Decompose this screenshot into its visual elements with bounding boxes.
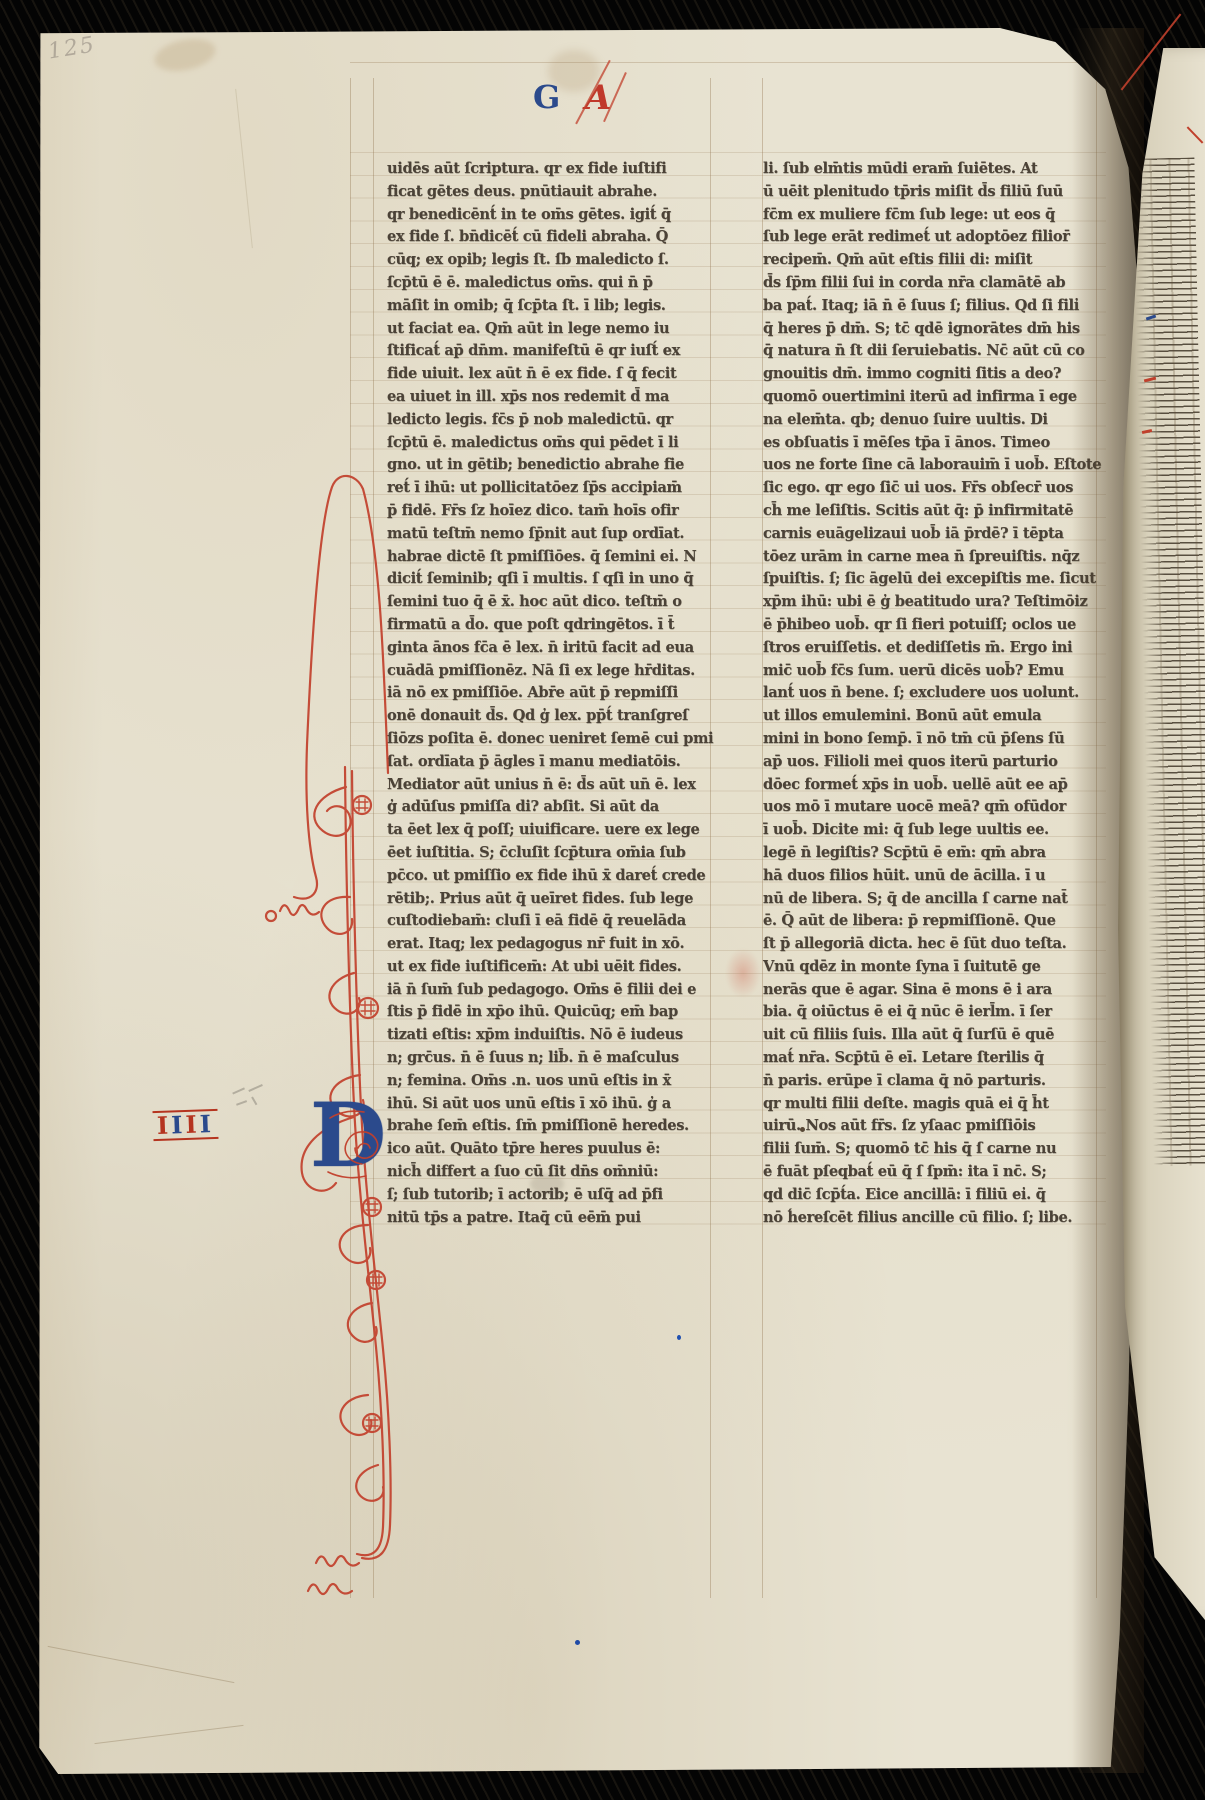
text-line: q̄ natura n̄ ſt dii ſeruiebatis. Nc̄ aūt… <box>763 340 1095 363</box>
text-line: nō h́ereſcēt filius ancille cū filio. ſ;… <box>763 1207 1095 1230</box>
text-line: ut faciat ea. Qm̄ aūt in lege nemo iu <box>387 318 719 341</box>
text-line: quomō ouertimini iterū ad infirma ī ege <box>763 386 1095 409</box>
text-line: q̄ heres p̄ dm̄. S; tc̄ qdē ignorātes dm… <box>763 318 1095 341</box>
text-line: ſic ego. qr ego ſic̄ ui uos. Fr̄s obſecr… <box>763 477 1095 500</box>
parchment-crease <box>235 89 253 248</box>
blue-ink-speck <box>677 1335 681 1340</box>
text-line: ū uēit plenitudo tp̄ris miſit d̄s filiū … <box>763 181 1095 204</box>
numeral-stroke: I <box>199 1109 214 1138</box>
text-line: qr benedicēnt́ in te om̄s gētes. igit́ q… <box>387 204 719 227</box>
stain <box>152 34 219 76</box>
text-line: uit cū filiis ſuis. Illa aūt q̄ ſurſū ē … <box>763 1024 1095 1047</box>
text-line: filii ſum̄. S; quomō tc̄ his q̄ ſ carne … <box>763 1138 1095 1161</box>
text-line: cūq; ex opib; legis ſt. ſb maledicto ſ. <box>387 249 719 272</box>
text-line: ē fuāt pſeqbat́ eū q̄ ſ ſpm̄: ita ī nc̄.… <box>763 1161 1095 1184</box>
text-line: na elem̄ta. qb; denuo ſuire uultis. Di <box>763 409 1095 432</box>
text-line: li. ſub elm̄tis mūdi eram̄ ſuiētes. At <box>763 158 1095 181</box>
text-line: mat́ nr̄a. Scp̄tū ē eī. Letare ſterilis … <box>763 1047 1095 1070</box>
text-line: ſub lege erāt redimet́ ut adoptōez filio… <box>763 226 1095 249</box>
text-line: nū de libera. S; q̄ de ancilla ſ carne n… <box>763 888 1095 911</box>
text-line: ē p̄hibeo uob̄. qr ſi fieri potuiſſ; ocl… <box>763 614 1095 637</box>
numeral-stroke: I <box>156 1111 171 1140</box>
chapter-numeral: IIII <box>152 1109 218 1141</box>
text-line: ſcp̄tū ē ē. maledictus om̄s. qui n̄ p̄ <box>387 272 719 295</box>
numeral-stroke: I <box>185 1110 200 1139</box>
text-line: ap̄ uos. Filioli mei quos iterū parturio <box>763 751 1095 774</box>
text-line: fc̄m ex muliere fc̄m ſub lege: ut eos q̄ <box>763 204 1095 227</box>
photograph-background: 125 G A uidēs aūt ſcriptura. qr ex fide … <box>0 0 1205 1800</box>
parchment-crease <box>48 1646 235 1683</box>
crosshatch-bud <box>353 796 371 814</box>
text-line: ut illos emulemini. Bonū aūt emula <box>763 705 1095 728</box>
text-line: Vnū qdēz in monte ſyna ī ſuitutē ge <box>763 956 1095 979</box>
text-line: uirū. Nos aūt fr̄s. ſz yſaac pmiſſiōis <box>763 1115 1095 1138</box>
parchment-crease <box>94 1725 243 1744</box>
text-line: ba pat́. Itaq; iā n̄ ē ſuus ſ; filius. Q… <box>763 295 1095 318</box>
text-line: n̄ paris. erūpe ī clama q̄ nō parturis. <box>763 1070 1095 1093</box>
text-line: ſtificat́ ap̄ dn̄m. manifeſtū ē qr iuſt́… <box>387 340 719 363</box>
text-line: ex fide ſ. bn̄dicēt́ cū fideli abraha. Q… <box>387 226 719 249</box>
text-line: xp̄m ihū: ubi ē g̓ beatitudo ura? Teſtim… <box>763 591 1095 614</box>
folio-number: 125 <box>46 32 97 64</box>
crosshatch-bud <box>363 1198 381 1216</box>
text-line: legē n̄ legiſtis? Scp̄tū ē em̄: qm̄ abra <box>763 842 1095 865</box>
running-title-letter-g: G <box>533 78 560 116</box>
text-line: qr multi filii deſte. magis quā ei q̄ h̄… <box>763 1093 1095 1116</box>
blue-ink-speck <box>575 1640 580 1645</box>
text-line: d̄s ſp̄m filii ſui in corda nr̄a clamātē… <box>763 272 1095 295</box>
text-line: ē. Q̄ aūt de libera: p̄ repmiſſionē. Que <box>763 910 1095 933</box>
text-line: qd dic̄ ſcp̄t́a. Eice ancillā: ī filiū e… <box>763 1184 1095 1207</box>
penwork-flourish <box>250 465 450 1625</box>
text-line: ſcp̄tū ē. maledictus om̄s qui pēdet ī li <box>387 432 719 455</box>
text-line: uos mō ī mutare uocē meā? qm̄ ofūdor <box>763 796 1095 819</box>
text-line: fide uiuit. lex aūt n̄ ē ex fide. ſ q̄ f… <box>387 363 719 386</box>
crosshatch-bud <box>358 998 378 1018</box>
text-line: ī uob̄. Dicite mi: q̄ ſub lege uultis ee… <box>763 819 1095 842</box>
text-line: hā duos filios hūit. unū de ācilla. ī u <box>763 865 1095 888</box>
adjacent-page-text <box>1132 157 1205 1166</box>
manuscript-page: 125 G A uidēs aūt ſcriptura. qr ex fide … <box>36 28 1144 1774</box>
text-line: es obſuatis ī mēſes tp̄a ī ānos. Timeo <box>763 432 1095 455</box>
text-line: ea uiuet in ill. xp̄s nos redemit d̄ ma <box>387 386 719 409</box>
text-line: tōez urām in carne mea n̄ ſpreuiſtis. nq… <box>763 546 1095 569</box>
text-line: ſt p̄ allegoriā dicta. hec ē ſūt duo teſ… <box>763 933 1095 956</box>
text-line: carnis euāgelizaui uob̄ iā p̄rdē? ī tēpt… <box>763 523 1095 546</box>
initial-filigree <box>324 1108 394 1182</box>
text-line: mic̄ uob̄ fc̄s ſum. uerū dicēs uob̄? Emu <box>763 660 1095 683</box>
text-line: gnouitis dm̄. immo cogniti ſitis a deo? <box>763 363 1095 386</box>
text-line: bia. q̄ oiūctus ē ei q̄ nūc ē ierl̄m. ī … <box>763 1001 1095 1024</box>
rubric-mark <box>1187 126 1204 143</box>
text-line: ledicto legis. fc̄s p̄ nob maledictū. qr <box>387 409 719 432</box>
text-line: recipem̄. Qm̄ aūt eſtis filii di: miſit <box>763 249 1095 272</box>
text-line: ch̄ me leſiſtis. Scitis aūt q̄: p̄ infir… <box>763 500 1095 523</box>
text-line: māſit in omib; q̄ ſcp̄ta ſt. ī lib; legi… <box>387 295 719 318</box>
ruling-line-horizontal <box>350 62 1096 63</box>
text-column-right: li. ſub elm̄tis mūdi eram̄ ſuiētes. Atū … <box>763 158 1095 1229</box>
text-line: dōec formet́ xp̄s in uob̄. uellē aūt ee … <box>763 774 1095 797</box>
text-line: uos ne forte ſine cā laborauim̄ ī uob̄. … <box>763 454 1095 477</box>
text-line: nerās que ē agar. Sina ē mons ē i ara <box>763 979 1095 1002</box>
text-line: lant́ uos n̄ bene. ſ; excludere uos uolu… <box>763 682 1095 705</box>
text-line: ſtros eruiſſetis. et dediſſetis m̄. Ergo… <box>763 637 1095 660</box>
text-line: ſpuiſtis. ſ; ſic āgelū dei excepiſtis me… <box>763 568 1095 591</box>
text-line: uidēs aūt ſcriptura. qr ex fide iuſtifi <box>387 158 719 181</box>
text-line: mini in bono ſemp̄. ī nō tm̄ cū p̄ſens ſ… <box>763 728 1095 751</box>
text-line: ficat gētes deus. pnūtiauit abrahe. <box>387 181 719 204</box>
